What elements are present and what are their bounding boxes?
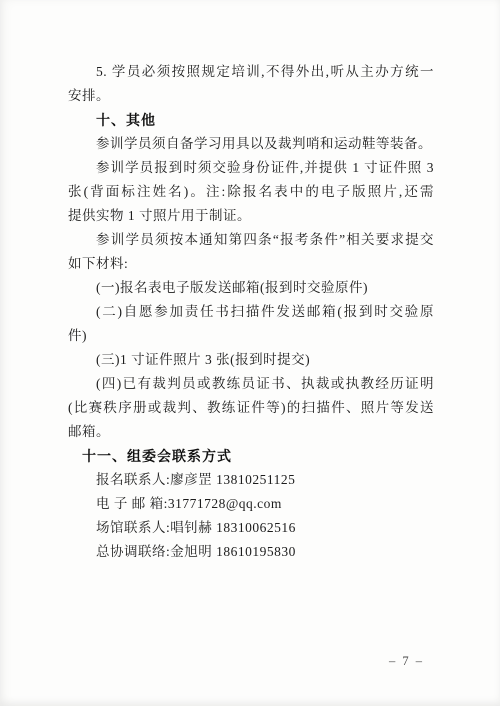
list-item-4-cont1: (比赛秩序册或裁判、教练证件等)的扫描件、照片等发送 <box>68 396 434 420</box>
list-item-4-cont2: 邮箱。 <box>68 420 434 444</box>
list-item-2: (二)自愿参加责任书扫描件发送邮箱(报到时交验原 <box>68 300 434 324</box>
body-line-equipment: 参训学员须自备学习用具以及裁判哨和运动鞋等装备。 <box>68 132 434 156</box>
contact-line-venue: 场馆联系人:唱钊赫 18310062516 <box>68 516 434 540</box>
document-content: 5. 学员必须按照规定培训,不得外出,听从主办方统一安排。十、其他参训学员须自备… <box>68 60 434 564</box>
page-number: – 7 – <box>389 652 424 670</box>
contact-line-registration: 报名联系人:廖彦罡 13810251125 <box>68 468 434 492</box>
list-item-4: (四)已有裁判员或教练员证书、执裁或执教经历证明 <box>68 372 434 396</box>
body-line-checkin-cont1: 张(背面标注姓名)。注:除报名表中的电子版照片,还需 <box>68 180 434 204</box>
body-line-checkin-cont2: 提供实物 1 寸照片用于制证。 <box>68 204 434 228</box>
document-page: 5. 学员必须按照规定培训,不得外出,听从主办方统一安排。十、其他参训学员须自备… <box>0 0 500 706</box>
list-item-2-cont: 件) <box>68 324 434 348</box>
section-heading-contact: 十一、组委会联系方式 <box>68 444 434 468</box>
body-line-materials: 参训学员须按本通知第四条“报考条件”相关要求提交 <box>68 228 434 252</box>
contact-line-coordinator: 总协调联络:金旭明 18610195830 <box>68 540 434 564</box>
body-line-checkin: 参训学员报到时须交验身份证件,并提供 1 寸证件照 3 <box>68 156 434 180</box>
list-item-3: (三)1 寸证件照片 3 张(报到时提交) <box>68 348 434 372</box>
body-line-materials-cont: 如下材料: <box>68 252 434 276</box>
section-heading-other: 十、其他 <box>68 108 434 132</box>
list-item-1: (一)报名表电子版发送邮箱(报到时交验原件) <box>68 276 434 300</box>
body-line-rule5-cont: 安排。 <box>68 84 434 108</box>
body-line-rule5: 5. 学员必须按照规定培训,不得外出,听从主办方统一 <box>68 60 434 84</box>
contact-line-email: 电 子 邮 箱:31771728@qq.com <box>68 492 434 516</box>
